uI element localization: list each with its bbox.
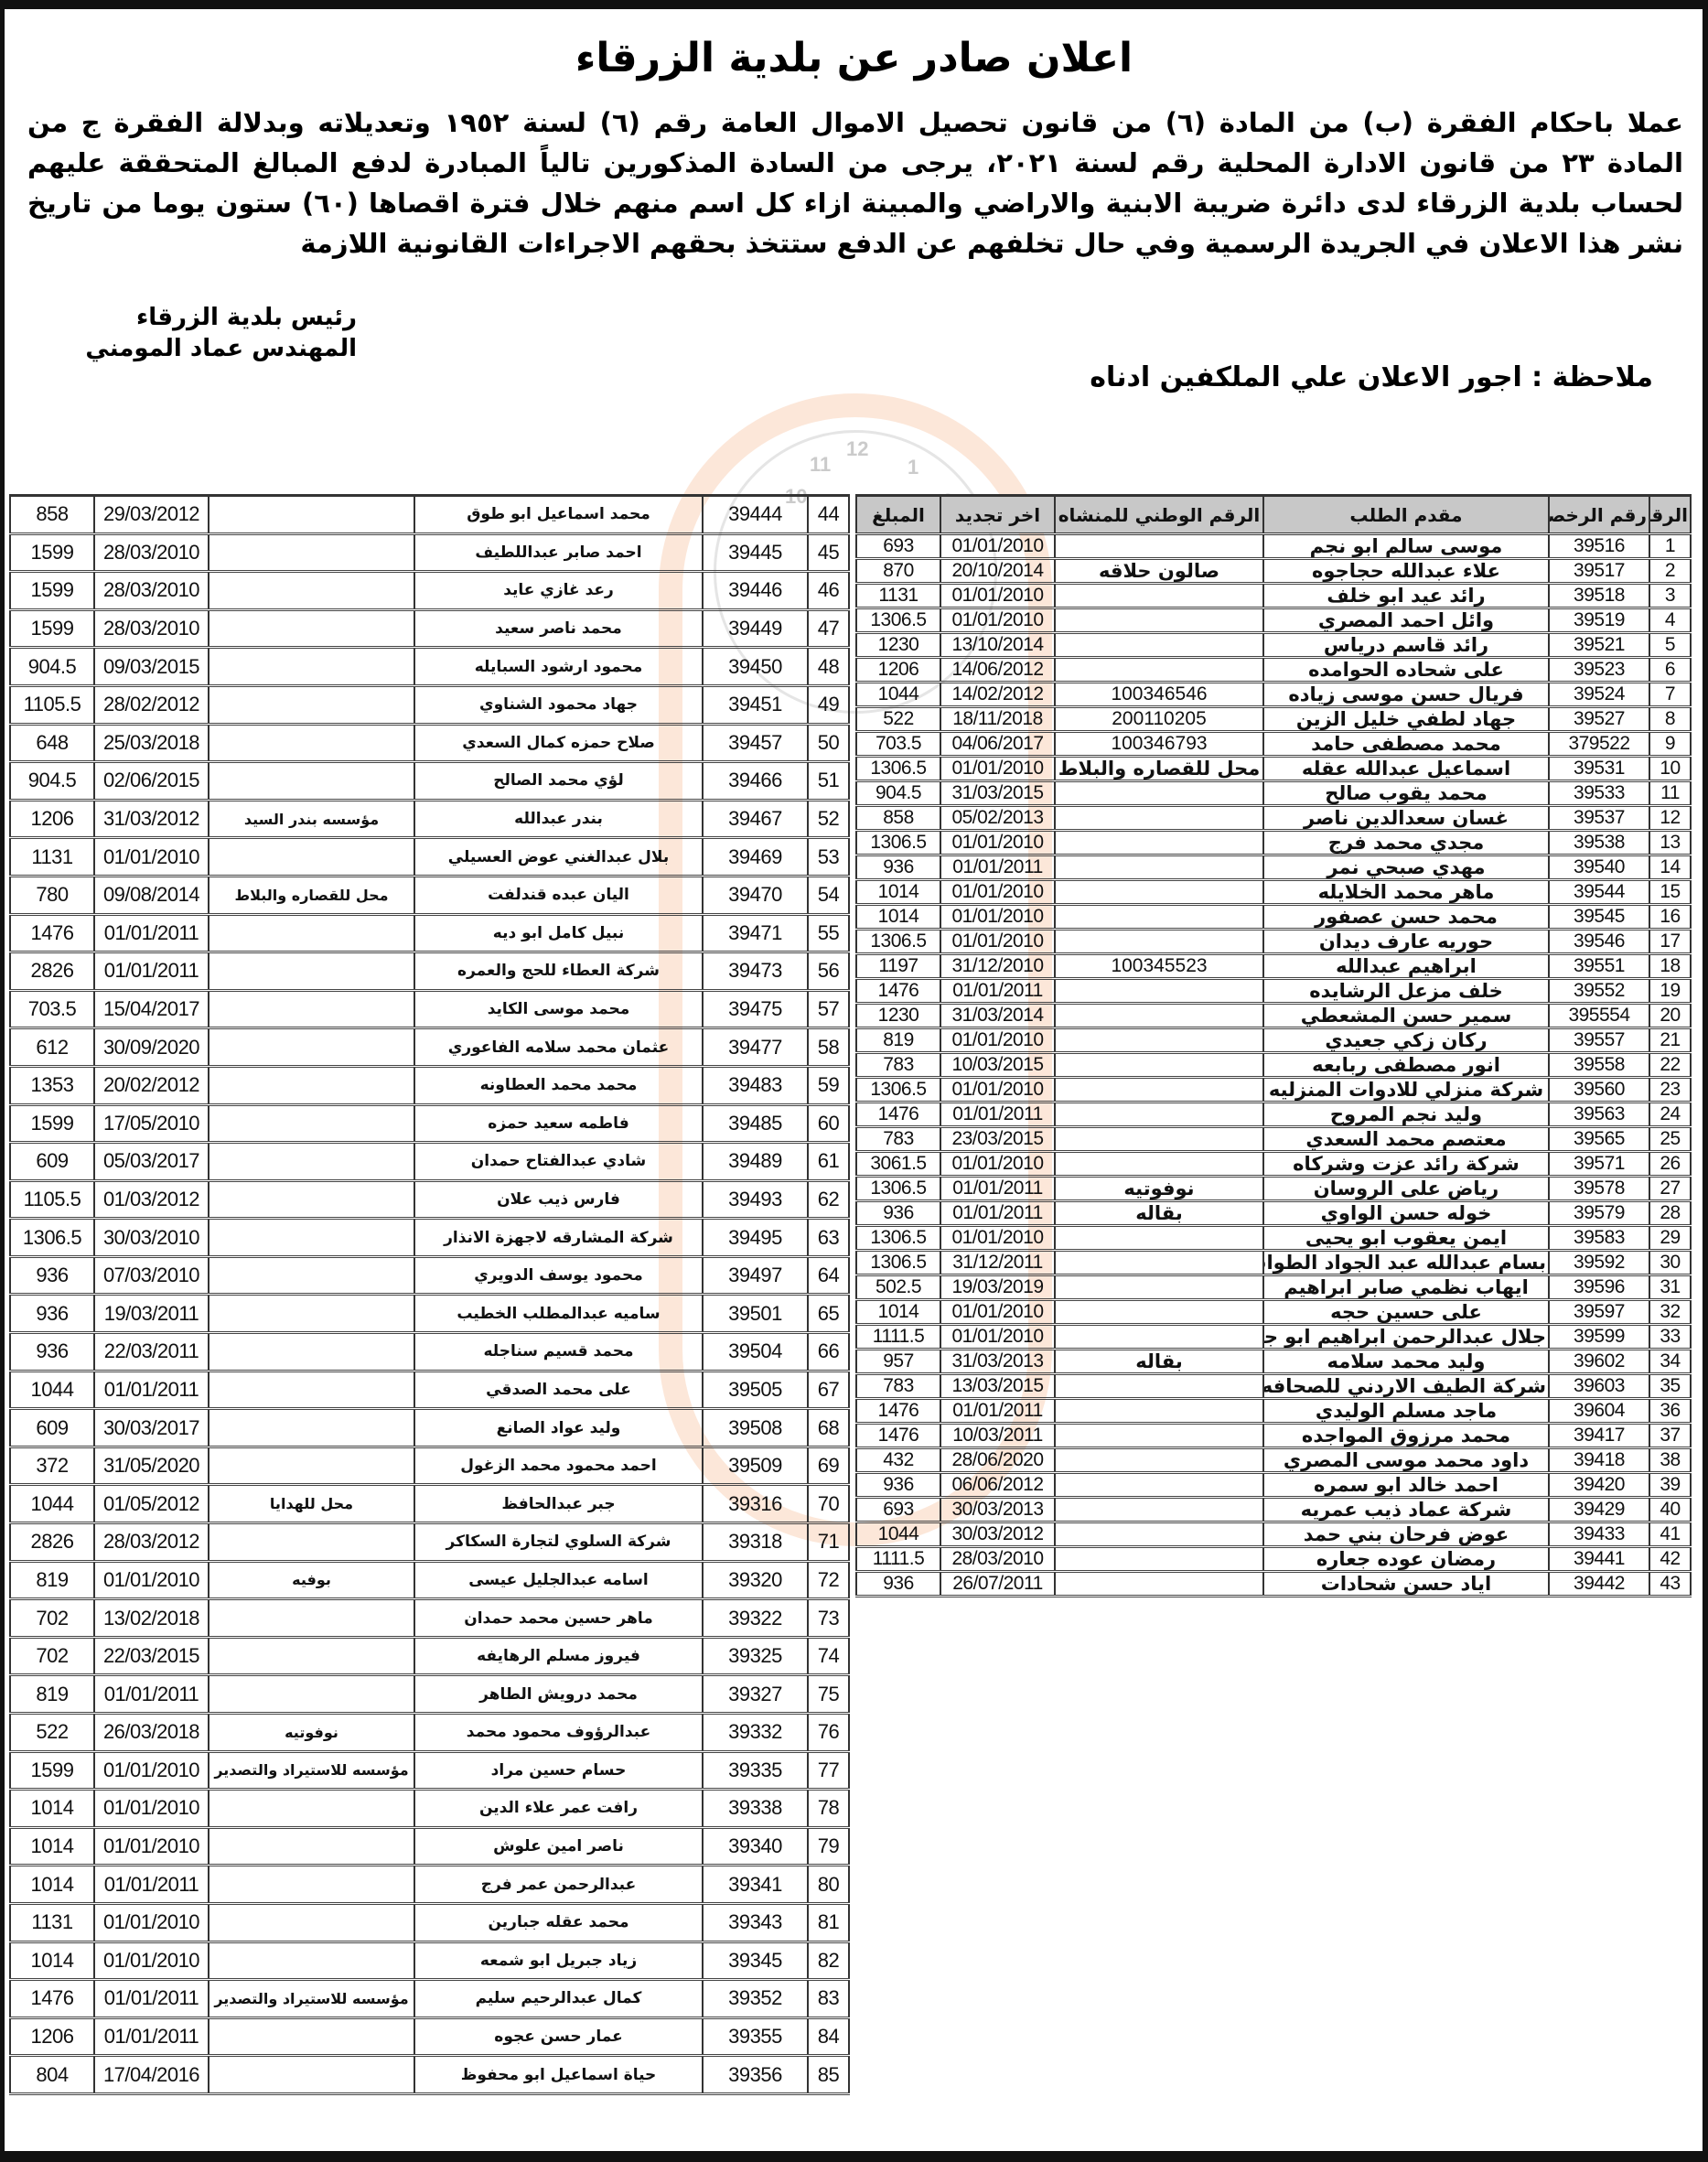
table-row: 4339442اياد حسن شحادات26/07/2011936 (856, 1572, 1691, 1597)
last-renewal-date: 22/03/2011 (94, 1333, 209, 1371)
last-renewal-date: 07/03/2010 (94, 1256, 209, 1295)
amount: 1599 (10, 572, 94, 610)
table-row: 1039531اسماعيل عبدالله عقلهمحل للقصاره و… (856, 757, 1691, 781)
national-number (209, 1903, 414, 1941)
row-index: 58 (808, 1028, 849, 1067)
last-renewal-date: 19/03/2019 (940, 1275, 1055, 1300)
license-number: 39540 (1549, 855, 1649, 880)
applicant-name: وليد نجم المروح (1263, 1103, 1549, 1127)
applicant-name: محمد ناصر سعيد (414, 609, 703, 648)
last-renewal-date: 01/01/2010 (940, 905, 1055, 930)
amount: 1306.5 (856, 831, 940, 855)
last-renewal-date: 01/01/2011 (94, 1866, 209, 1904)
amount: 1131 (856, 584, 940, 608)
applicant-name: محمد مصطفى حامد (1263, 732, 1549, 757)
last-renewal-date: 01/01/2010 (940, 1152, 1055, 1177)
table-row: 3639604ماجد مسلم الوليدي01/01/20111476 (856, 1399, 1691, 1424)
license-number: 39469 (703, 838, 808, 877)
license-number: 39442 (1549, 1572, 1649, 1597)
row-index: 52 (808, 800, 849, 838)
national-number (1055, 880, 1263, 905)
national-number (1055, 1473, 1263, 1498)
applicant-name: محمد يقوب صالح (1263, 781, 1549, 806)
last-renewal-date: 01/01/2010 (94, 1903, 209, 1941)
national-number (1055, 1103, 1263, 1127)
table-row: 6739505على محمد الصدقي01/01/20111044 (10, 1371, 849, 1409)
license-number: 39457 (703, 724, 808, 762)
last-renewal-date: 14/02/2012 (940, 683, 1055, 707)
national-number (1055, 1572, 1263, 1597)
row-index: 80 (808, 1866, 849, 1904)
table-row: 9379522محمد مصطفى حامد10034679304/06/201… (856, 732, 1691, 757)
table-row: 6139489شادي عبدالفتاح حمدان05/03/2017609 (10, 1143, 849, 1181)
applicant-name: محمد مرزوق المواجده (1263, 1424, 1549, 1448)
license-number: 39509 (703, 1447, 808, 1485)
amount: 783 (856, 1053, 940, 1078)
row-index: 51 (808, 762, 849, 801)
license-number: 39516 (1549, 534, 1649, 559)
applicant-name: ناصر امين علوش (414, 1827, 703, 1866)
table-row: 3339599جلال عبدالرحمن ابراهيم ابو جابر01… (856, 1325, 1691, 1350)
last-renewal-date: 05/02/2013 (940, 806, 1055, 831)
national-number: نوفوتيه (209, 1714, 414, 1752)
license-number: 379522 (1549, 732, 1649, 757)
row-index: 12 (1649, 806, 1691, 831)
amount: 612 (10, 1028, 94, 1067)
row-index: 25 (1649, 1127, 1691, 1152)
table-row: 1439540مهدي صبحي نمر01/01/2011936 (856, 855, 1691, 880)
last-renewal-date: 01/01/2010 (940, 1028, 1055, 1053)
last-renewal-date: 29/03/2012 (94, 496, 209, 534)
last-renewal-date: 17/05/2010 (94, 1104, 209, 1143)
amount: 693 (856, 1498, 940, 1522)
national-number: محل للقصاره والبلاط (1055, 757, 1263, 781)
license-number: 39518 (1549, 584, 1649, 608)
license-number: 39552 (1549, 979, 1649, 1004)
amount: 609 (10, 1143, 94, 1181)
applicant-name: وليد محمد سلامه (1263, 1350, 1549, 1374)
amount: 936 (856, 1572, 940, 1597)
row-index: 27 (1649, 1177, 1691, 1201)
last-renewal-date: 01/01/2010 (94, 838, 209, 877)
license-number: 39341 (703, 1866, 808, 1904)
applicant-name: شركة العطاء للحج والعمره (414, 952, 703, 991)
applicant-name: لؤي محمد الصالح (414, 762, 703, 801)
license-number: 39345 (703, 1941, 808, 1980)
row-index: 21 (1649, 1028, 1691, 1053)
last-renewal-date: 28/06/2020 (940, 1448, 1055, 1473)
table-row: 4639446رعد غازي عايد28/03/20101599 (10, 572, 849, 610)
last-renewal-date: 31/03/2015 (940, 781, 1055, 806)
national-number (1055, 1300, 1263, 1325)
national-number (209, 1790, 414, 1828)
applicant-name: مجدي محمد فرج (1263, 831, 1549, 855)
last-renewal-date: 06/06/2012 (940, 1473, 1055, 1498)
national-number (1055, 806, 1263, 831)
national-number (209, 1523, 414, 1562)
national-number (209, 1941, 414, 1980)
national-number (1055, 1374, 1263, 1399)
applicant-name: فاطمه سعيد حمزه (414, 1104, 703, 1143)
applicant-name: حياة اسماعيل ابو محفوظ (414, 2056, 703, 2094)
national-number (1055, 831, 1263, 855)
last-renewal-date: 18/11/2018 (940, 707, 1055, 732)
applicant-name: شركة السلوي لتجارة السكاكر (414, 1523, 703, 1562)
last-renewal-date: 01/01/2010 (940, 608, 1055, 633)
row-index: 38 (1649, 1448, 1691, 1473)
amount: 819 (856, 1028, 940, 1053)
national-number (209, 1599, 414, 1638)
license-number: 39533 (1549, 781, 1649, 806)
national-number (209, 1866, 414, 1904)
header-amount: المبلغ (856, 496, 940, 534)
row-index: 5 (1649, 633, 1691, 658)
national-number (209, 1637, 414, 1675)
header-applicant: مقدم الطلب (1263, 496, 1549, 534)
national-number (209, 1143, 414, 1181)
national-number (1055, 1547, 1263, 1572)
table-row: 2439563وليد نجم المروح01/01/20111476 (856, 1103, 1691, 1127)
amount: 1014 (10, 1941, 94, 1980)
row-index: 28 (1649, 1201, 1691, 1226)
amount: 1044 (856, 683, 940, 707)
row-index: 73 (808, 1599, 849, 1638)
last-renewal-date: 01/01/2011 (940, 855, 1055, 880)
amount: 957 (856, 1350, 940, 1374)
applicant-name: جهاد محمود الشناوي (414, 685, 703, 724)
table-row: 7539327محمد درويش الطاهر01/01/2011819 (10, 1675, 849, 1714)
applicant-name: على حسين حجه (1263, 1300, 1549, 1325)
table-row: 5539471نبيل كامل ابو ديه01/01/20111476 (10, 914, 849, 952)
national-number (209, 724, 414, 762)
last-renewal-date: 01/01/2011 (940, 1201, 1055, 1226)
national-number: بقاله (1055, 1350, 1263, 1374)
national-number (1055, 633, 1263, 658)
table-row: 8539356حياة اسماعيل ابو محفوظ17/04/20168… (10, 2056, 849, 2094)
license-number: 39527 (1549, 707, 1649, 732)
license-number: 39579 (1549, 1201, 1649, 1226)
applicant-name: اسماعيل عبدالله عقله (1263, 757, 1549, 781)
applicant-name: رائد عيد ابو خلف (1263, 584, 1549, 608)
applicant-name: محمد محمد العطاونه (414, 1066, 703, 1104)
license-number: 39519 (1549, 608, 1649, 633)
national-number (1055, 584, 1263, 608)
row-index: 20 (1649, 1004, 1691, 1028)
amount: 648 (10, 724, 94, 762)
table-row: 4439444محمد اسماعيل ابو طوق29/03/2012858 (10, 496, 849, 534)
table-row: 3739417محمد مرزوق المواجده10/03/20111476 (856, 1424, 1691, 1448)
last-renewal-date: 28/03/2010 (94, 609, 209, 648)
last-renewal-date: 01/01/2011 (94, 952, 209, 991)
row-index: 6 (1649, 658, 1691, 683)
applicant-name: شركة عماد ذيب عمريه (1263, 1498, 1549, 1522)
national-number: مؤسسه للاستيراد والتصدير (209, 1980, 414, 2018)
applicant-name: محمود يوسف الدويري (414, 1256, 703, 1295)
applicant-name: شركة المشارقه لاجهزة الانذار (414, 1219, 703, 1257)
national-number: مؤسسه للاستيراد والتصدير (209, 1751, 414, 1790)
row-index: 9 (1649, 732, 1691, 757)
last-renewal-date: 01/01/2010 (940, 1300, 1055, 1325)
national-number (1055, 1152, 1263, 1177)
national-number (1055, 855, 1263, 880)
row-index: 63 (808, 1219, 849, 1257)
amount: 1014 (10, 1790, 94, 1828)
header-last-renewal: اخر تجديد (940, 496, 1055, 534)
national-number (209, 1066, 414, 1104)
last-renewal-date: 01/01/2011 (94, 1371, 209, 1409)
table-row: 4039429شركة عماد ذيب عمريه30/03/2013693 (856, 1498, 1691, 1522)
applicant-name: صلاح حمزه كمال السعدي (414, 724, 703, 762)
license-number: 39493 (703, 1180, 808, 1219)
last-renewal-date: 13/03/2015 (940, 1374, 1055, 1399)
row-index: 55 (808, 914, 849, 952)
row-index: 22 (1649, 1053, 1691, 1078)
national-number (1055, 1251, 1263, 1275)
license-number: 39557 (1549, 1028, 1649, 1053)
table-row: 1839551ابراهيم عبدالله10034552331/12/201… (856, 954, 1691, 979)
amount: 1044 (10, 1485, 94, 1523)
table-row: 7939340ناصر امين علوش01/01/20101014 (10, 1827, 849, 1866)
license-number: 39583 (1549, 1226, 1649, 1251)
amount: 870 (856, 559, 940, 584)
amount: 1206 (10, 800, 94, 838)
table-row: 5439470اليان عبده قندلفتمحل للقصاره والب… (10, 876, 849, 914)
license-number: 39505 (703, 1371, 808, 1409)
table-row: 4239441رمضان عوده جعاره28/03/20101111.5 (856, 1547, 1691, 1572)
national-number (209, 1219, 414, 1257)
table-row: 4839450محمود ارشود السبايله09/03/2015904… (10, 648, 849, 686)
license-number: 39429 (1549, 1498, 1649, 1522)
last-renewal-date: 01/01/2010 (94, 1790, 209, 1828)
row-index: 44 (808, 496, 849, 534)
license-number: 39563 (1549, 1103, 1649, 1127)
last-renewal-date: 15/04/2017 (94, 990, 209, 1028)
table-row: 3139596ايهاب نظمي صابر ابراهيم19/03/2019… (856, 1275, 1691, 1300)
applicant-name: حسام حسين مراد (414, 1751, 703, 1790)
national-number: نوفوتيه (1055, 1177, 1263, 1201)
amount: 936 (10, 1295, 94, 1333)
amount: 1306.5 (856, 1177, 940, 1201)
applicant-name: فارس ذيب علان (414, 1180, 703, 1219)
applicant-name: رياض على الروسان (1263, 1177, 1549, 1201)
amount: 1599 (10, 609, 94, 648)
row-index: 15 (1649, 880, 1691, 905)
applicant-name: عثمان محمد سلامه الفاعوري (414, 1028, 703, 1067)
applicant-name: ماهر محمد الخلايله (1263, 880, 1549, 905)
row-index: 10 (1649, 757, 1691, 781)
amount: 1306.5 (856, 1251, 940, 1275)
last-renewal-date: 04/06/2017 (940, 732, 1055, 757)
last-renewal-date: 01/01/2011 (94, 2017, 209, 2056)
row-index: 68 (808, 1409, 849, 1447)
amount: 904.5 (856, 781, 940, 806)
row-index: 16 (1649, 905, 1691, 930)
applicant-name: ابراهيم عبدالله (1263, 954, 1549, 979)
national-number (1055, 781, 1263, 806)
amount: 1476 (856, 1399, 940, 1424)
license-number: 39417 (1549, 1424, 1649, 1448)
amount: 1111.5 (856, 1325, 940, 1350)
license-number: 395554 (1549, 1004, 1649, 1028)
national-number (209, 1295, 414, 1333)
license-number: 39489 (703, 1143, 808, 1181)
row-index: 76 (808, 1714, 849, 1752)
license-number: 39551 (1549, 954, 1649, 979)
license-number: 39592 (1549, 1251, 1649, 1275)
national-number (209, 952, 414, 991)
row-index: 41 (1649, 1522, 1691, 1547)
table-row: 4939451جهاد محمود الشناوي28/02/20121105.… (10, 685, 849, 724)
table-row: 839527جهاد لطفي خليل الزين20011020518/11… (856, 707, 1691, 732)
table-row: 4139433عوض فرحان بني حمد30/03/20121044 (856, 1522, 1691, 1547)
row-index: 61 (808, 1143, 849, 1181)
license-number: 39596 (1549, 1275, 1649, 1300)
row-index: 64 (808, 1256, 849, 1295)
fees-table-left: 4439444محمد اسماعيل ابو طوق29/03/2012858… (9, 494, 850, 2095)
license-number: 39352 (703, 1980, 808, 2018)
row-index: 72 (808, 1561, 849, 1599)
license-number: 39444 (703, 496, 808, 534)
license-number: 39531 (1549, 757, 1649, 781)
applicant-name: انور مصطفى ربابعه (1263, 1053, 1549, 1078)
national-number (1055, 930, 1263, 954)
national-number (1055, 1078, 1263, 1103)
license-number: 39338 (703, 1790, 808, 1828)
applicant-name: اسامه عبدالجليل عيسى (414, 1561, 703, 1599)
table-row: 6039485فاطمه سعيد حمزه17/05/20101599 (10, 1104, 849, 1143)
row-index: 39 (1649, 1473, 1691, 1498)
applicant-name: سمير حسن المشعطي (1263, 1004, 1549, 1028)
table-row: 7439325فيروز مسلم الرهايفه22/03/2015702 (10, 1637, 849, 1675)
last-renewal-date: 01/05/2012 (94, 1485, 209, 1523)
national-number (1055, 905, 1263, 930)
amount: 1476 (856, 1103, 940, 1127)
last-renewal-date: 01/01/2010 (940, 930, 1055, 954)
applicant-name: ساميه عبدالمطلب الخطيب (414, 1295, 703, 1333)
table-row: 7739335حسام حسين مرادمؤسسه للاستيراد وال… (10, 1751, 849, 1790)
row-index: 26 (1649, 1152, 1691, 1177)
license-number: 39524 (1549, 683, 1649, 707)
row-index: 45 (808, 533, 849, 572)
row-index: 49 (808, 685, 849, 724)
applicant-name: خوله حسن الواوي (1263, 1201, 1549, 1226)
license-number: 39433 (1549, 1522, 1649, 1547)
row-index: 54 (808, 876, 849, 914)
last-renewal-date: 09/08/2014 (94, 876, 209, 914)
license-number: 39322 (703, 1599, 808, 1638)
national-number (209, 496, 414, 534)
license-number: 39355 (703, 2017, 808, 2056)
last-renewal-date: 01/01/2010 (940, 534, 1055, 559)
row-index: 48 (808, 648, 849, 686)
amount: 702 (10, 1599, 94, 1638)
national-number (1055, 658, 1263, 683)
license-number: 39565 (1549, 1127, 1649, 1152)
applicant-name: بسام عبدالله عبد الجواد الطوافشه (1263, 1251, 1549, 1275)
row-index: 75 (808, 1675, 849, 1714)
amount: 1306.5 (10, 1219, 94, 1257)
amount: 936 (10, 1333, 94, 1371)
table-row: 3239597على حسين حجه01/01/20101014 (856, 1300, 1691, 1325)
row-index: 35 (1649, 1374, 1691, 1399)
last-renewal-date: 31/03/2013 (940, 1350, 1055, 1374)
last-renewal-date: 01/01/2011 (94, 1675, 209, 1714)
row-index: 50 (808, 724, 849, 762)
national-number (1055, 1004, 1263, 1028)
last-renewal-date: 20/02/2012 (94, 1066, 209, 1104)
amount: 783 (856, 1374, 940, 1399)
amount: 780 (10, 876, 94, 914)
amount: 1014 (856, 1300, 940, 1325)
applicant-name: جهاد لطفي خليل الزين (1263, 707, 1549, 732)
table-row: 5639473شركة العطاء للحج والعمره01/01/201… (10, 952, 849, 991)
table-row: 7039316جبر عبدالحافظمحل للهدايا01/05/201… (10, 1485, 849, 1523)
table-row: 8239345زياد جبريل ابو شمعه01/01/20101014 (10, 1941, 849, 1980)
header-national-no: الرقم الوطني للمنشاه (1055, 496, 1263, 534)
amount: 3061.5 (856, 1152, 940, 1177)
last-renewal-date: 10/03/2011 (940, 1424, 1055, 1448)
amount: 1476 (856, 1424, 940, 1448)
amount: 2826 (10, 952, 94, 991)
row-index: 66 (808, 1333, 849, 1371)
national-number (1055, 1028, 1263, 1053)
amount: 1230 (856, 633, 940, 658)
national-number: محل للهدايا (209, 1485, 414, 1523)
amount: 1306.5 (856, 1078, 940, 1103)
row-index: 59 (808, 1066, 849, 1104)
row-index: 81 (808, 1903, 849, 1941)
row-index: 46 (808, 572, 849, 610)
applicant-name: ماهر حسين محمد حمدان (414, 1599, 703, 1638)
last-renewal-date: 01/01/2010 (94, 1751, 209, 1790)
national-number (209, 648, 414, 686)
license-number: 39477 (703, 1028, 808, 1067)
applicant-name: رائد قاسم درياس (1263, 633, 1549, 658)
national-number (209, 1371, 414, 1409)
applicant-name: عمار حسن عجوه (414, 2017, 703, 2056)
last-renewal-date: 30/09/2020 (94, 1028, 209, 1067)
license-number: 39546 (1549, 930, 1649, 954)
national-number: 200110205 (1055, 707, 1263, 732)
license-number: 39545 (1549, 905, 1649, 930)
amount: 1111.5 (856, 1547, 940, 1572)
table-row: 7239320اسامه عبدالجليل عيسىبوفيه01/01/20… (10, 1561, 849, 1599)
national-number (1055, 1498, 1263, 1522)
license-number: 39335 (703, 1751, 808, 1790)
national-number (209, 1447, 414, 1485)
table-row: 639523على شحاده الحوامده14/06/20121206 (856, 658, 1691, 683)
applicant-name: خلف مزعل الرشايده (1263, 979, 1549, 1004)
license-number: 39485 (703, 1104, 808, 1143)
last-renewal-date: 31/03/2014 (940, 1004, 1055, 1028)
license-number: 39560 (1549, 1078, 1649, 1103)
applicant-name: بلال عبدالغني عوض العسيلي (414, 838, 703, 877)
license-number: 39470 (703, 876, 808, 914)
national-number (209, 572, 414, 610)
national-number (1055, 1127, 1263, 1152)
license-number: 39475 (703, 990, 808, 1028)
last-renewal-date: 01/01/2011 (940, 1399, 1055, 1424)
table-row: 7839338رافت عمر علاء الدين01/01/20101014 (10, 1790, 849, 1828)
row-index: 37 (1649, 1424, 1691, 1448)
table-row: 1739546حوريه عارف ديدان01/01/20101306.5 (856, 930, 1691, 954)
last-renewal-date: 05/03/2017 (94, 1143, 209, 1181)
table-row: 239517علاء عبدالله حجاجوهصالون حلاقه20/1… (856, 559, 1691, 584)
amount: 936 (856, 1201, 940, 1226)
table-row: 2739578رياض على الروساننوفوتيه01/01/2011… (856, 1177, 1691, 1201)
amount: 904.5 (10, 648, 94, 686)
license-number: 39318 (703, 1523, 808, 1562)
